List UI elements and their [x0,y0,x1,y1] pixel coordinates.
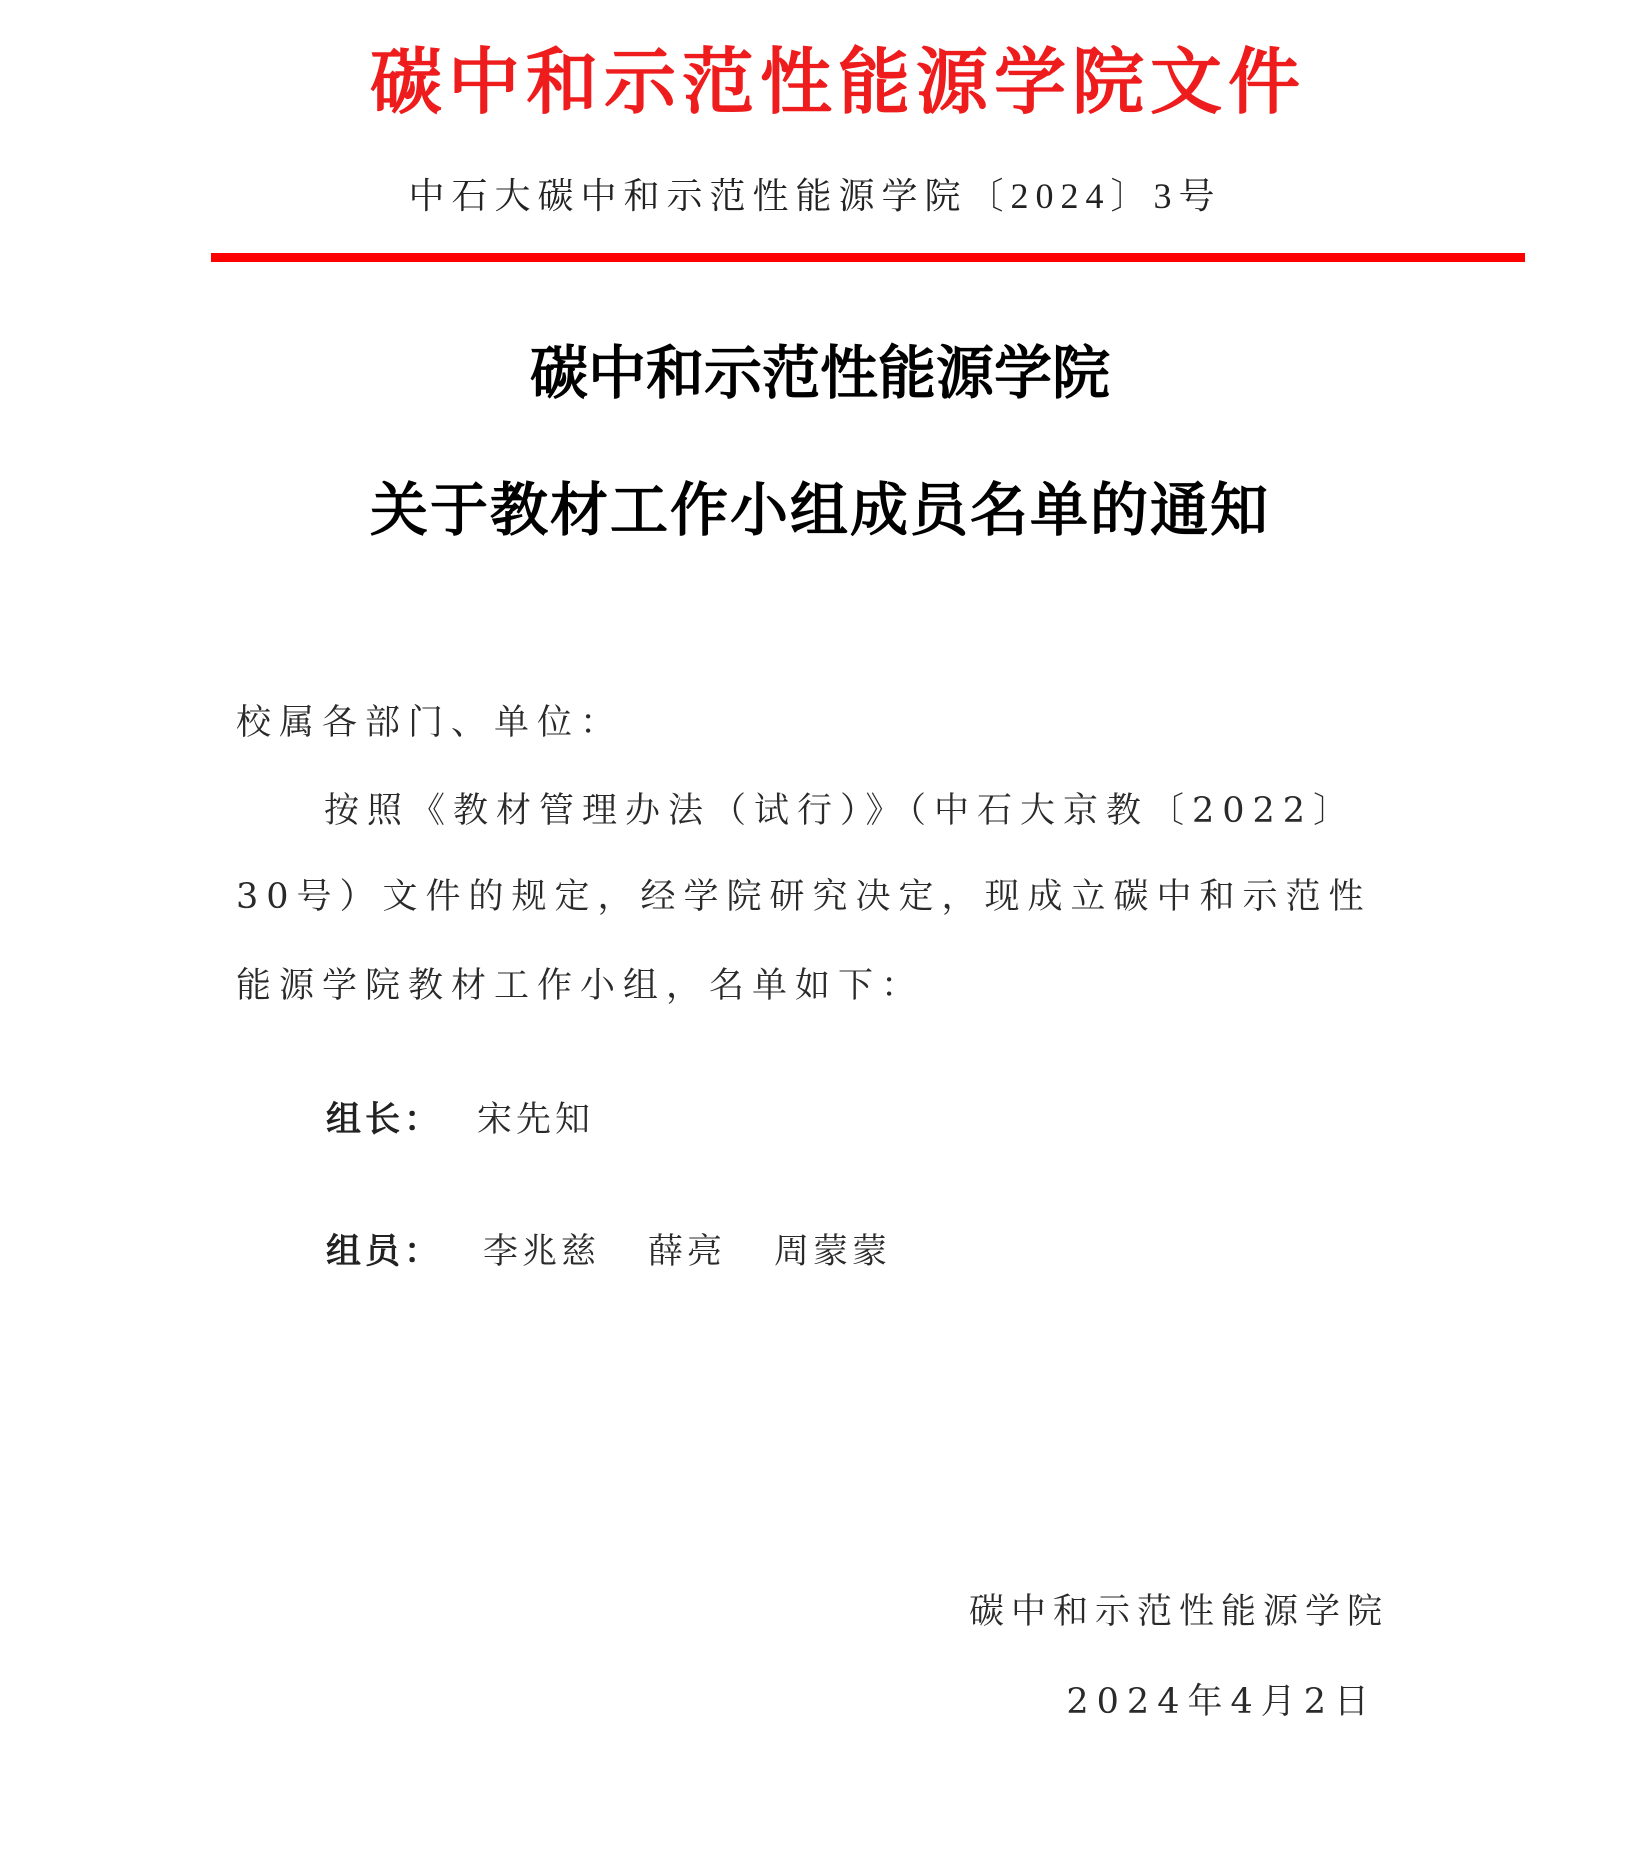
paragraph-line-1: 按照《教材管理办法（试行）》（中石大京教〔2022〕 [324,781,1356,841]
member-name: 周蒙蒙 [774,1222,891,1282]
notice-title-line-2: 关于教材工作小组成员名单的通知 [300,470,1340,550]
signature-issuer: 碳中和示范性能源学院 [969,1582,1389,1642]
document-number: 中石大碳中和示范性能源学院〔2024〕3号 [395,168,1235,224]
red-divider-rule [211,253,1525,262]
members-label: 组员： [326,1222,443,1282]
paragraph-line-3: 能源学院教材工作小组，名单如下： [236,956,924,1016]
salutation: 校属各部门、单位： [236,693,623,753]
member-name: 李兆慈 [483,1222,600,1282]
issue-date: 2024年4月2日 [1066,1672,1377,1732]
member-name: 薛亮 [648,1222,726,1282]
notice-title-line-1: 碳中和示范性能源学院 [300,333,1340,413]
issuer-header-title: 碳中和示范性能源学院文件 [370,32,1260,132]
leader-name: 宋先知 [477,1090,594,1150]
leader-row: 组长：宋先知 [326,1090,594,1150]
leader-label: 组长： [326,1090,443,1150]
document-page: 碳中和示范性能源学院文件 中石大碳中和示范性能源学院〔2024〕3号 碳中和示范… [0,0,1639,1871]
members-row: 组员：李兆慈薛亮周蒙蒙 [326,1222,891,1282]
paragraph-line-2: 30号）文件的规定，经学院研究决定，现成立碳中和示范性 [236,867,1372,927]
